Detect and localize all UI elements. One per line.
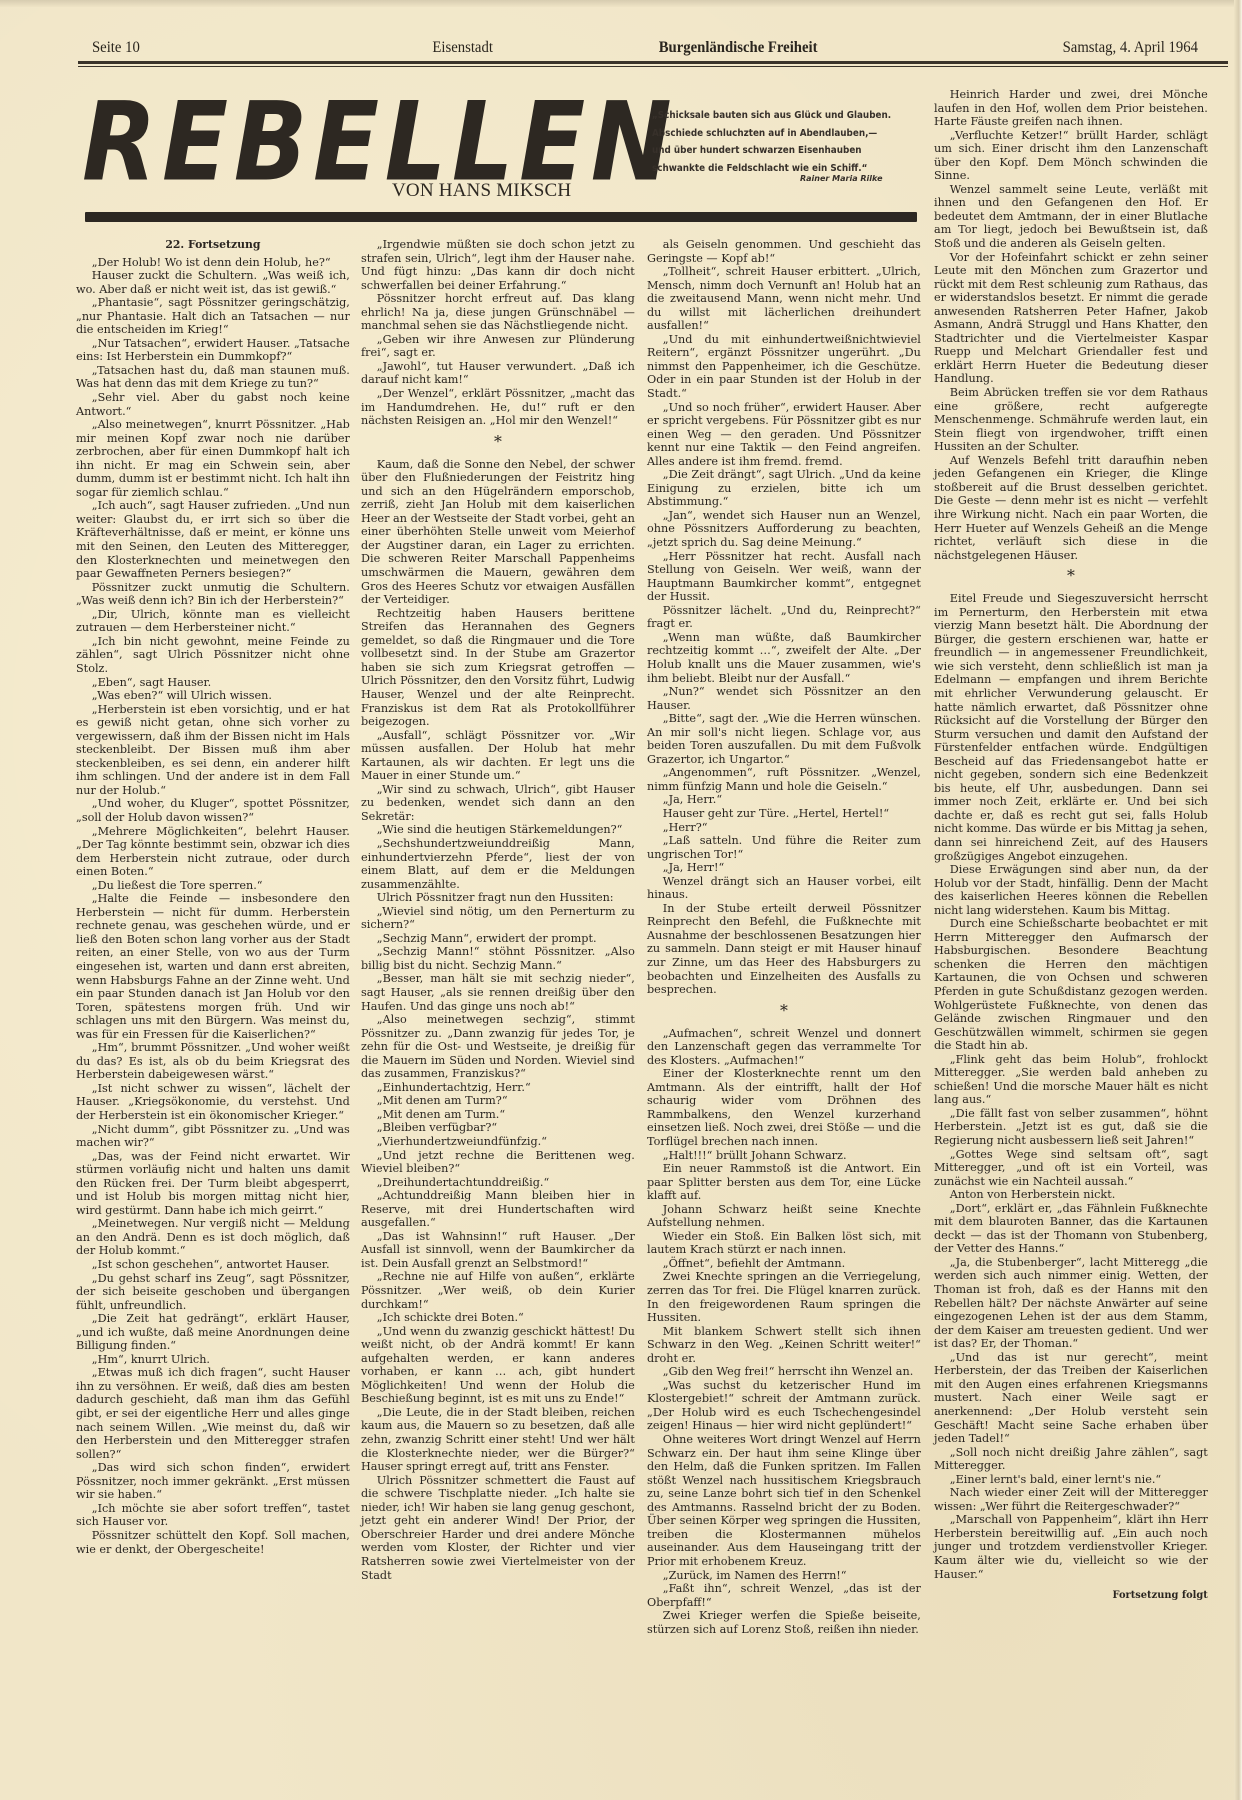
paragraph: Anton von Herberstein nickt. <box>934 1188 1208 1202</box>
paragraph: „Das ist Wahnsinn!“ ruft Hauser. „Der Au… <box>361 1230 635 1271</box>
paragraph: „Flink geht das beim Holub“, frohlockt M… <box>934 1053 1208 1107</box>
epigraph-line: „Schicksale bauten sich aus Glück und Gl… <box>652 107 898 125</box>
paragraph: „Das wird sich schon finden“, erwidert P… <box>76 1461 350 1502</box>
paragraph: „Soll noch nicht dreißig Jahre zählen“, … <box>934 1446 1208 1473</box>
paragraph: „Halte die Feinde — insbesondere den Her… <box>76 892 350 1041</box>
paragraph: „Jan“, wendet sich Hauser nun an Wenzel,… <box>647 509 921 550</box>
paragraph: „Dreihundertachtunddreißig.“ <box>361 1176 635 1190</box>
paragraph: Hauser zuckt die Schultern. „Was weiß ic… <box>76 269 350 296</box>
paragraph: „Bitte“, sagt der. „Wie die Herren wünsc… <box>647 712 921 766</box>
paragraph: Hauser geht zur Türe. „Hertel, Hertel!“ <box>647 807 921 821</box>
epigraph-line: und über hundert schwarzen Eisenhauben <box>652 142 898 160</box>
paragraph: „Ja, Herr!“ <box>647 861 921 875</box>
paragraph: „Und woher, du Kluger“, spottet Pössnitz… <box>76 797 350 824</box>
paragraph: Kaum, daß die Sonne den Nebel, der schwe… <box>361 458 635 607</box>
paragraph: „Ausfall“, schlägt Pössnitzer vor. „Wir … <box>361 729 635 783</box>
paragraph: Pössnitzer horcht erfreut auf. Das klang… <box>361 292 635 333</box>
paragraph: „Nur Tatsachen“, erwidert Hauser. „Tatsa… <box>76 337 350 364</box>
paragraph: „Marschall von Pappenheim“, klärt ihn He… <box>934 1513 1208 1581</box>
paragraph: „Und du mit einhundertweißnichtwieviel R… <box>647 333 921 401</box>
paragraph: als Geiseln genommen. Und geschieht das … <box>647 238 921 265</box>
newspaper-name: Burgenländische Freiheit <box>659 39 818 57</box>
section-break-asterisk: * <box>934 566 1208 586</box>
paragraph: „Vierhundertzweiundfünfzig.“ <box>361 1135 635 1149</box>
paragraph: „Etwas muß ich dich fragen“, sucht Hause… <box>76 1366 350 1461</box>
paragraph: „Ich bin nicht gewohnt, meine Feinde zu … <box>76 635 350 676</box>
paragraph: „Sechzig Mann!“ stöhnt Pössnitzer. „Also… <box>361 945 635 972</box>
text-column-2: „Irgendwie müßten sie doch schon jetzt z… <box>361 238 639 1582</box>
paragraph: Nach wieder einer Zeit will der Mittereg… <box>934 1486 1208 1513</box>
running-head: Seite 10 Eisenstadt Burgenländische Frei… <box>92 39 1121 59</box>
paragraph: Zwei Knechte springen an die Verriegelun… <box>647 1270 921 1324</box>
paragraph: „Und jetzt rechne die Berittenen weg. Wi… <box>361 1149 635 1176</box>
paragraph: Wieder ein Stoß. Ein Balken löst sich, m… <box>647 1230 921 1257</box>
paragraph: „Gib den Weg frei!“ herrscht ihn Wenzel … <box>647 1365 921 1379</box>
paragraph: „Gottes Wege sind seltsam oft“, sagt Mit… <box>934 1148 1208 1189</box>
paragraph: Auf Wenzels Befehl tritt daraufhin neben… <box>934 454 1208 562</box>
paragraph: Mit blankem Schwert stellt sich ihnen Sc… <box>647 1325 921 1366</box>
paragraph: Pössnitzer schüttelt den Kopf. Soll mach… <box>76 1529 350 1556</box>
city: Eisenstadt <box>432 39 493 57</box>
paragraph: „Der Holub! Wo ist denn dein Holub, he?“ <box>76 256 350 270</box>
paragraph: „Und so noch früher“, erwidert Hauser. A… <box>647 401 921 469</box>
paragraph: Vor der Hofeinfahrt schickt er zehn sein… <box>934 251 1208 386</box>
paragraph: „Die fällt fast von selber zusammen“, hö… <box>934 1107 1208 1148</box>
paragraph: „Angenommen“, ruft Pössnitzer. „Wenzel, … <box>647 766 921 793</box>
paragraph: „Was eben?“ will Ulrich wissen. <box>76 689 350 703</box>
paragraph: „Dort“, erklärt er, „das Fähnlein Fußkne… <box>934 1202 1208 1256</box>
paragraph: „Dir, Ulrich, könnte man es vielleicht z… <box>76 608 350 635</box>
paragraph: Johann Schwarz heißt seine Knechte Aufst… <box>647 1203 921 1230</box>
continued-note: Fortsetzung folgt <box>934 1589 1208 1603</box>
text-column-4: Heinrich Harder und zwei, drei Mönche la… <box>934 88 1212 1603</box>
paragraph: „Mit denen am Turm?“ <box>361 1094 635 1108</box>
header-rule <box>78 61 1228 67</box>
paragraph: „Also meinetwegen“, knurrt Pössnitzer. „… <box>76 418 350 499</box>
paragraph: Zwei Krieger werfen die Spieße beiseite,… <box>647 1609 921 1636</box>
paper-edge-top <box>0 0 1242 7</box>
paragraph: Diese Erwägungen sind aber nun, da der H… <box>934 863 1208 917</box>
paper-edge-right <box>1234 0 1242 1800</box>
paragraph: „Zurück, im Namen des Herrn!“ <box>647 1569 921 1583</box>
paragraph: „Jawohl“, tut Hauser verwundert. „Daß ic… <box>361 360 635 387</box>
paragraph: „Sehr viel. Aber du gabst noch keine Ant… <box>76 391 350 418</box>
paragraph: „Nun?“ wendet sich Pössnitzer an den Hau… <box>647 685 921 712</box>
epigraph: „Schicksale bauten sich aus Glück und Gl… <box>652 107 932 177</box>
paragraph: „Tollheit“, schreit Hauser erbittert. „U… <box>647 265 921 333</box>
paragraph: „Wenn man wüßte, daß Baumkircher rechtze… <box>647 631 921 685</box>
paragraph: „Einer lernt's bald, einer lernt's nie.“ <box>934 1473 1208 1487</box>
paragraph: „Tatsachen hast du, daß man staunen muß.… <box>76 364 350 391</box>
paragraph: „Aufmachen“, schreit Wenzel und donnert … <box>647 1027 921 1068</box>
installment-label: 22. Fortsetzung <box>76 238 350 252</box>
issue-date: Samstag, 4. April 1964 <box>1063 39 1198 57</box>
paragraph: „Einhundertachtzig, Herr.“ <box>361 1081 635 1095</box>
paragraph: „Die Leute, die in der Stadt bleiben, re… <box>361 1406 635 1474</box>
paragraph: „Wir sind zu schwach, Ulrich“, gibt Haus… <box>361 783 635 824</box>
paragraph: „Herr?“ <box>647 821 921 835</box>
paragraph: „Bleiben verfügbar?“ <box>361 1121 635 1135</box>
paragraph: Einer der Klosterknechte rennt um den Am… <box>647 1067 921 1148</box>
paragraph: Ulrich Pössnitzer fragt nun den Hussiten… <box>361 891 635 905</box>
epigraph-line: Abschiede schluchzten auf in Abendlauben… <box>652 125 898 143</box>
paragraph: Rechtzeitig haben Hausers berittene Stre… <box>361 607 635 729</box>
paragraph: „Ja, die Stubenberger“, lacht Mitteregg … <box>934 1256 1208 1351</box>
paragraph: „Also meinetwegen sechzig“, stimmt Pössn… <box>361 1013 635 1081</box>
paragraph: „Ist nicht schwer zu wissen“, lächelt de… <box>76 1082 350 1123</box>
paragraph: Wenzel drängt sich an Hauser vorbei, eil… <box>647 875 921 902</box>
paragraph: Wenzel sammelt seine Leute, verläßt mit … <box>934 183 1208 251</box>
paragraph: „Mit denen am Turm.“ <box>361 1108 635 1122</box>
section-break-asterisk: * <box>361 432 635 452</box>
paragraph: „Ich schickte drei Boten.“ <box>361 1311 635 1325</box>
paragraph: „Hm“, brummt Pössnitzer. „Und woher weiß… <box>76 1041 350 1082</box>
paragraph: „Mehrere Möglichkeiten“, belehrt Hauser.… <box>76 825 350 879</box>
paragraph: „Die Zeit hat gedrängt“, erklärt Hauser,… <box>76 1312 350 1353</box>
paragraph: „Das, was der Feind nicht erwartet. Wir … <box>76 1150 350 1218</box>
text-column-1: 22. Fortsetzung „Der Holub! Wo ist denn … <box>76 238 354 1556</box>
paragraph: „Ich möchte sie aber sofort treffen“, ta… <box>76 1502 350 1529</box>
paragraph: Eitel Freude und Siegeszuversicht herrsc… <box>934 592 1208 863</box>
paragraph: „Meinetwegen. Nur vergiß nicht — Meldung… <box>76 1217 350 1258</box>
paragraph: „Eben“, sagt Hauser. <box>76 676 350 690</box>
byline: VON HANS MIKSCH <box>392 180 571 202</box>
paragraph: „Rechne nie auf Hilfe von außen“, erklär… <box>361 1270 635 1311</box>
paragraph: „Herr Pössnitzer hat recht. Ausfall nach… <box>647 550 921 604</box>
paragraph: „Wieviel sind nötig, um den Pernerturm z… <box>361 905 635 932</box>
paragraph: „Ich auch“, sagt Hauser zufrieden. „Und … <box>76 499 350 580</box>
paragraph: „Verfluchte Ketzer!“ brüllt Harder, schl… <box>934 129 1208 183</box>
paragraph: „Sechshundertzweiunddreißig Mann, einhun… <box>361 837 635 891</box>
paragraph: „Der Wenzel“, erklärt Pössnitzer, „macht… <box>361 387 635 428</box>
paragraph: Ulrich Pössnitzer schmettert die Faust a… <box>361 1474 635 1582</box>
paragraph: Ein neuer Rammstoß ist die Antwort. Ein … <box>647 1162 921 1203</box>
newspaper-page: Seite 10 Eisenstadt Burgenländische Frei… <box>0 0 1242 1800</box>
paragraph: „Was suchst du ketzerischer Hund im Klos… <box>647 1379 921 1433</box>
paragraph: Beim Abrücken treffen sie vor dem Rathau… <box>934 386 1208 454</box>
paragraph: „Faßt ihn“, schreit Wenzel, „das ist der… <box>647 1582 921 1609</box>
paragraph: Pössnitzer zuckt unmutig die Schultern. … <box>76 581 350 608</box>
paragraph: „Besser, man hält sie mit sechzig nieder… <box>361 972 635 1013</box>
paragraph: „Öffnet“, befiehlt der Amtmann. <box>647 1257 921 1271</box>
paragraph: „Ist schon geschehen“, antwortet Hauser. <box>76 1258 350 1272</box>
paragraph: Durch eine Schießscharte beobachtet er m… <box>934 917 1208 1052</box>
paragraph: „Phantasie“, sagt Pössnitzer geringschät… <box>76 296 350 337</box>
paragraph: „Irgendwie müßten sie doch schon jetzt z… <box>361 238 635 292</box>
paragraph: „Hm“, knurrt Ulrich. <box>76 1353 350 1367</box>
paragraph: „Halt!!!“ brüllt Johann Schwarz. <box>647 1149 921 1163</box>
paragraph: „Nicht dumm“, gibt Pössnitzer zu. „Und w… <box>76 1123 350 1150</box>
paragraph: In der Stube erteilt derweil Pössnitzer … <box>647 902 921 997</box>
paragraph: „Herberstein ist eben vorsichtig, und er… <box>76 703 350 798</box>
title-rule <box>85 212 917 222</box>
paragraph: „Du gehst scharf ins Zeug“, sagt Pössnit… <box>76 1272 350 1313</box>
text-column-3: als Geiseln genommen. Und geschieht das … <box>647 238 925 1636</box>
paragraph: „Ja, Herr.“ <box>647 793 921 807</box>
page-number: Seite 10 <box>92 39 140 57</box>
paragraph: Heinrich Harder und zwei, drei Mönche la… <box>934 88 1208 129</box>
section-break-asterisk: * <box>647 1001 921 1021</box>
epigraph-author: Rainer Maria Rilke <box>800 174 883 183</box>
paragraph: „Laß satteln. Und führe die Reiter zum u… <box>647 834 921 861</box>
paragraph: Pössnitzer lächelt. „Und du, Reinprecht?… <box>647 604 921 631</box>
paragraph: „Und wenn du zwanzig geschickt hättest! … <box>361 1325 635 1406</box>
paragraph: „Wie sind die heutigen Stärkemeldungen?“ <box>361 823 635 837</box>
paragraph: „Geben wir ihre Anwesen zur Plünderung f… <box>361 333 635 360</box>
paragraph: „Die Zeit drängt“, sagt Ulrich. „Und da … <box>647 468 921 509</box>
paragraph: „Achtunddreißig Mann bleiben hier in Res… <box>361 1189 635 1230</box>
paragraph: „Du ließest die Tore sperren.“ <box>76 879 350 893</box>
paragraph: Ohne weiteres Wort dringt Wenzel auf Her… <box>647 1433 921 1568</box>
paragraph: „Und das ist nur gerecht“, meint Herbers… <box>934 1351 1208 1446</box>
paragraph: „Sechzig Mann“, erwidert der prompt. <box>361 932 635 946</box>
